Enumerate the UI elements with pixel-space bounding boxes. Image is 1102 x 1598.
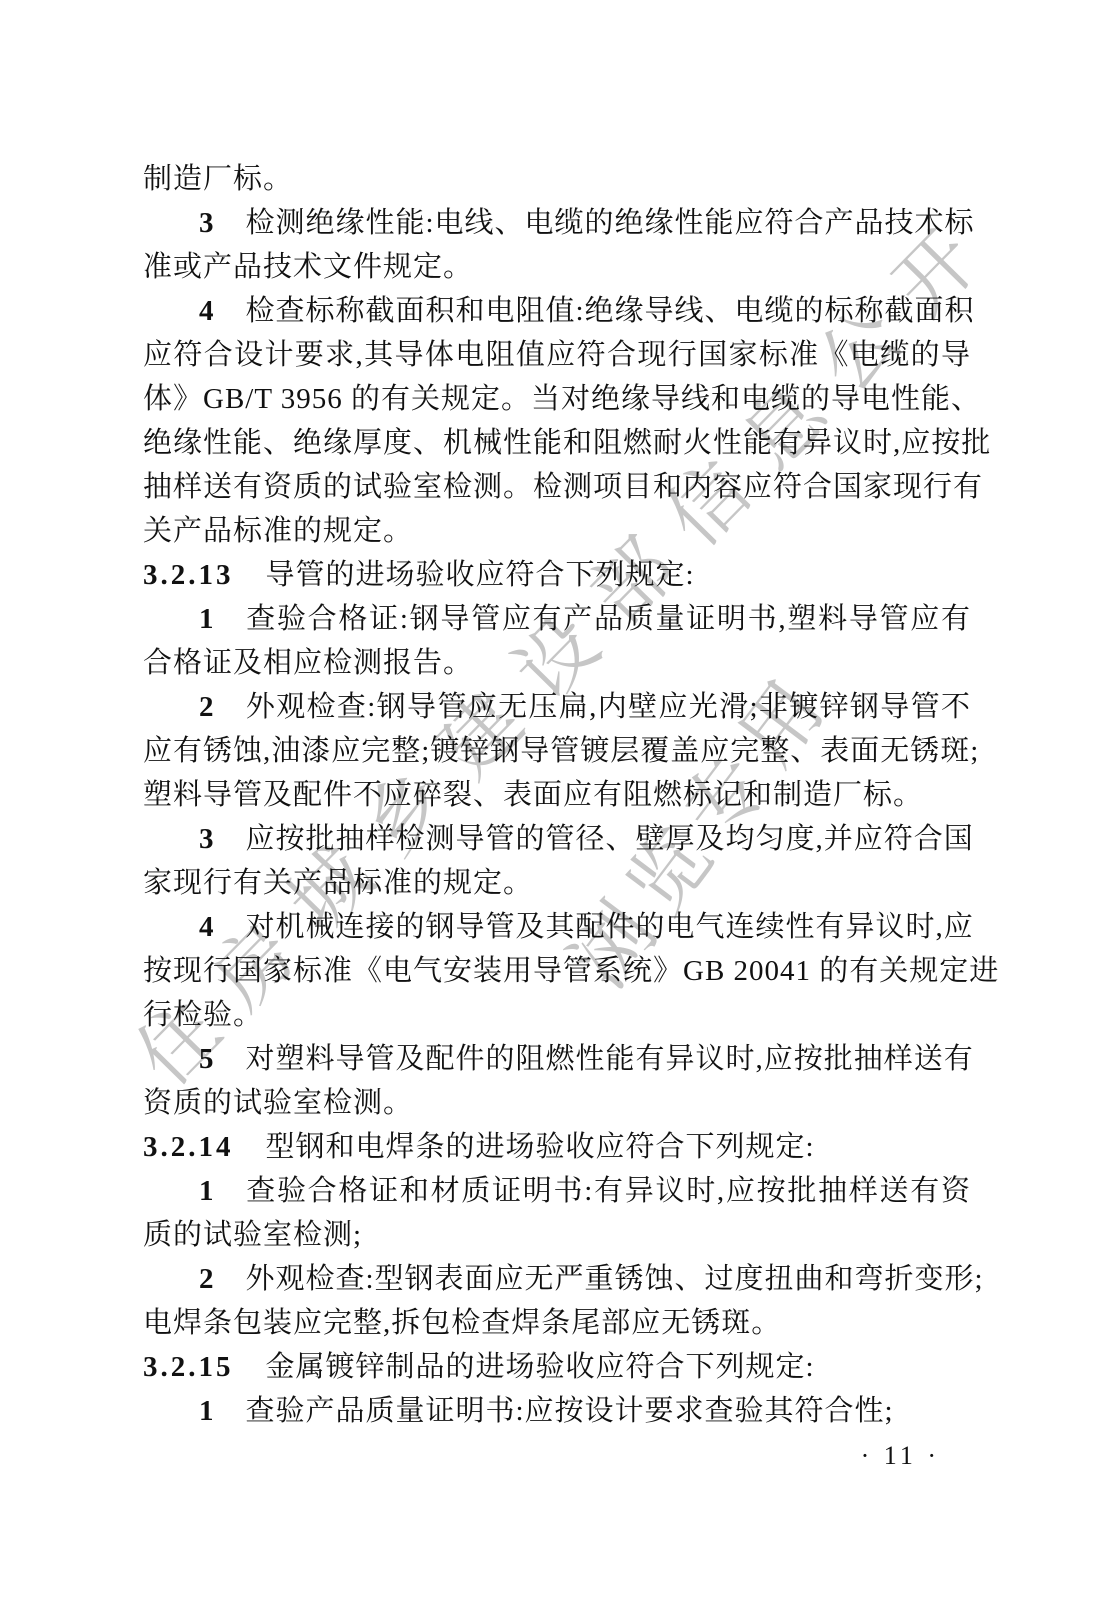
text-line: 3应按批抽样检测导管的管径、壁厚及均匀度,并应符合国	[143, 817, 971, 861]
item-number: 1	[199, 603, 216, 635]
text-line: 2外观检查:钢导管应无压扁,内壁应光滑;非镀锌钢导管不	[143, 685, 971, 729]
text-line: 体》GB/T 3956 的有关规定。当对绝缘导线和电缆的导电性能、	[143, 377, 971, 421]
item-number: 3	[199, 207, 216, 239]
line-text: 体》GB/T 3956 的有关规定。当对绝缘导线和电缆的导电性能、	[143, 383, 981, 415]
text-line: 4对机械连接的钢导管及其配件的电气连续性有异议时,应	[143, 905, 971, 949]
text-line: 关产品标准的规定。	[143, 509, 971, 553]
line-text: 金属镀锌制品的进场验收应符合下列规定:	[266, 1351, 815, 1383]
line-text: 查验产品质量证明书:应按设计要求查验其符合性;	[246, 1395, 894, 1427]
line-text: 资质的试验室检测。	[143, 1087, 413, 1119]
line-text: 抽样送有资质的试验室检测。检测项目和内容应符合国家现行有	[143, 471, 983, 503]
text-line: 合格证及相应检测报告。	[143, 641, 971, 685]
text-line: 质的试验室检测;	[143, 1213, 971, 1257]
text-line: 4检查标称截面积和电阻值:绝缘导线、电缆的标称截面积	[143, 289, 971, 333]
line-text: 检查标称截面积和电阻值:绝缘导线、电缆的标称截面积	[246, 295, 975, 327]
line-text: 检测绝缘性能:电线、电缆的绝缘性能应符合产品技术标	[246, 207, 975, 239]
item-number: 2	[199, 1263, 216, 1295]
line-text: 家现行有关产品标准的规定。	[143, 867, 533, 899]
clause-line: 3.2.15金属镀锌制品的进场验收应符合下列规定:	[143, 1345, 971, 1389]
text-line: 1查验产品质量证明书:应按设计要求查验其符合性;	[143, 1389, 971, 1433]
line-text: 查验合格证:钢导管应有产品质量证明书,塑料导管应有	[246, 603, 972, 635]
line-text: 按现行国家标准《电气安装用导管系统》GB 20041 的有关规定进	[143, 955, 999, 987]
line-text: 导管的进场验收应符合下列规定:	[266, 559, 695, 591]
line-text: 外观检查:钢导管应无压扁,内壁应光滑;非镀锌钢导管不	[246, 691, 972, 723]
item-number: 1	[199, 1395, 216, 1427]
item-number: 3	[199, 823, 216, 855]
text-line: 1查验合格证和材质证明书:有异议时,应按批抽样送有资	[143, 1169, 971, 1213]
document-page: 住房城乡建设部信息公开 浏览专用 制造厂标。 3检测绝缘性能:电线、电缆的绝缘性…	[0, 0, 1102, 1598]
line-text: 质的试验室检测;	[143, 1219, 362, 1251]
item-number: 4	[199, 911, 216, 943]
line-text: 电焊条包装应完整,拆包检查焊条尾部应无锈斑。	[143, 1307, 781, 1339]
text-line: 塑料导管及配件不应碎裂、表面应有阻燃标记和制造厂标。	[143, 773, 971, 817]
text-line: 抽样送有资质的试验室检测。检测项目和内容应符合国家现行有	[143, 465, 971, 509]
text-line: 按现行国家标准《电气安装用导管系统》GB 20041 的有关规定进	[143, 949, 971, 993]
line-text: 对塑料导管及配件的阻燃性能有异议时,应按批抽样送有	[246, 1043, 974, 1075]
line-text: 应按批抽样检测导管的管径、壁厚及均匀度,并应符合国	[246, 823, 974, 855]
line-text: 应有锈蚀,油漆应完整;镀锌钢导管镀层覆盖应完整、表面无锈斑;	[143, 735, 979, 767]
text-line: 绝缘性能、绝缘厚度、机械性能和阻燃耐火性能有异议时,应按批	[143, 421, 971, 465]
line-text: 塑料导管及配件不应碎裂、表面应有阻燃标记和制造厂标。	[143, 779, 923, 811]
line-text: 行检验。	[143, 999, 263, 1031]
text-line: 准或产品技术文件规定。	[143, 245, 971, 289]
text-line: 电焊条包装应完整,拆包检查焊条尾部应无锈斑。	[143, 1301, 971, 1345]
item-number: 4	[199, 295, 216, 327]
text-line: 3检测绝缘性能:电线、电缆的绝缘性能应符合产品技术标	[143, 201, 971, 245]
clause-number: 3.2.13	[143, 559, 234, 591]
text-line: 1查验合格证:钢导管应有产品质量证明书,塑料导管应有	[143, 597, 971, 641]
clause-number: 3.2.14	[143, 1131, 234, 1163]
text-line: 制造厂标。	[143, 157, 971, 201]
item-number: 1	[199, 1175, 216, 1207]
line-text: 制造厂标。	[143, 163, 293, 195]
text-line: 行检验。	[143, 993, 971, 1037]
line-text: 应符合设计要求,其导体电阻值应符合现行国家标准《电缆的导	[143, 339, 971, 371]
item-number: 5	[199, 1043, 216, 1075]
document-body: 制造厂标。 3检测绝缘性能:电线、电缆的绝缘性能应符合产品技术标 准或产品技术文…	[143, 157, 971, 1433]
line-text: 外观检查:型钢表面应无严重锈蚀、过度扭曲和弯折变形;	[246, 1263, 984, 1295]
line-text: 绝缘性能、绝缘厚度、机械性能和阻燃耐火性能有异议时,应按批	[143, 427, 991, 459]
clause-line: 3.2.13导管的进场验收应符合下列规定:	[143, 553, 971, 597]
text-line: 应有锈蚀,油漆应完整;镀锌钢导管镀层覆盖应完整、表面无锈斑;	[143, 729, 971, 773]
clause-number: 3.2.15	[143, 1351, 234, 1383]
line-text: 合格证及相应检测报告。	[143, 647, 473, 679]
line-text: 型钢和电焊条的进场验收应符合下列规定:	[266, 1131, 815, 1163]
clause-line: 3.2.14型钢和电焊条的进场验收应符合下列规定:	[143, 1125, 971, 1169]
text-line: 资质的试验室检测。	[143, 1081, 971, 1125]
text-line: 5对塑料导管及配件的阻燃性能有异议时,应按批抽样送有	[143, 1037, 971, 1081]
line-text: 查验合格证和材质证明书:有异议时,应按批抽样送有资	[246, 1175, 972, 1207]
text-line: 2外观检查:型钢表面应无严重锈蚀、过度扭曲和弯折变形;	[143, 1257, 971, 1301]
text-line: 家现行有关产品标准的规定。	[143, 861, 971, 905]
page-number: · 11 ·	[861, 1441, 940, 1471]
line-text: 对机械连接的钢导管及其配件的电气连续性有异议时,应	[246, 911, 974, 943]
line-text: 关产品标准的规定。	[143, 515, 413, 547]
text-line: 应符合设计要求,其导体电阻值应符合现行国家标准《电缆的导	[143, 333, 971, 377]
line-text: 准或产品技术文件规定。	[143, 251, 473, 283]
item-number: 2	[199, 691, 216, 723]
